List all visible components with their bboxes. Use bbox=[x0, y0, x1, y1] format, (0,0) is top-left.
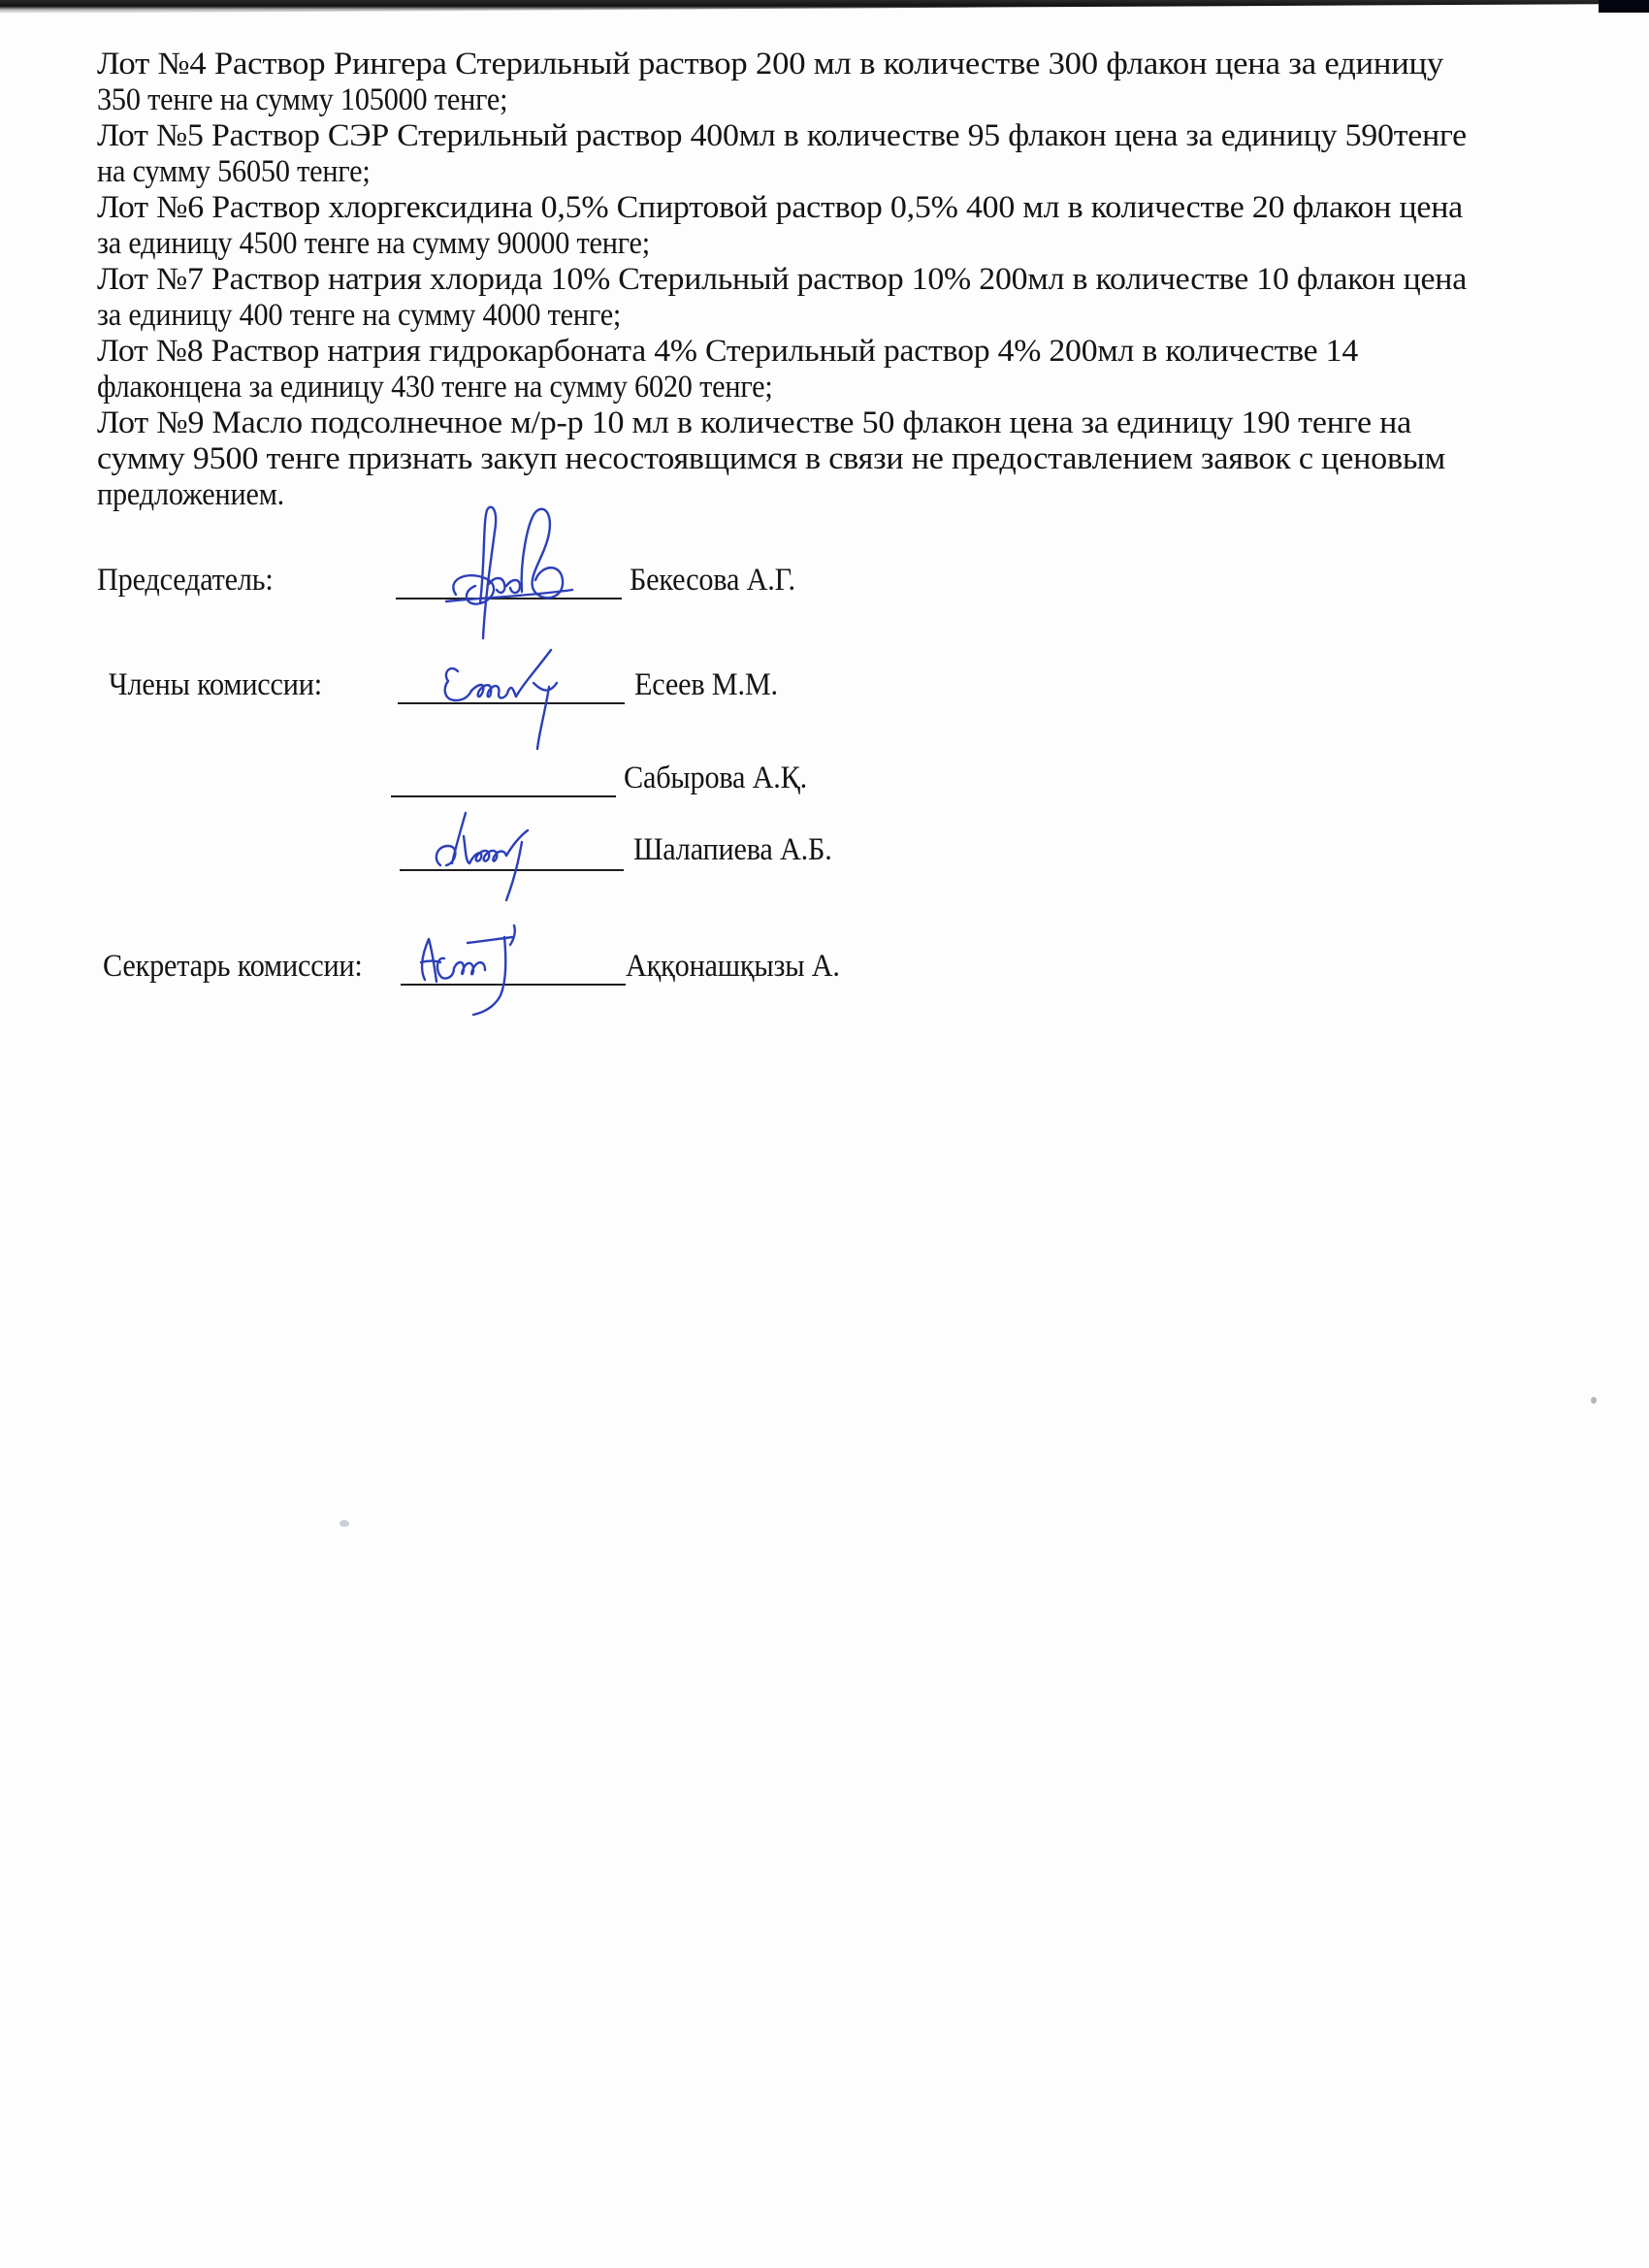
text-line: за единицу 400 тенге на сумму 4000 тенге… bbox=[97, 298, 621, 334]
scan-speck bbox=[339, 1520, 349, 1527]
text-line: за единицу 4500 тенге на сумму 90000 тен… bbox=[97, 226, 650, 262]
secretary-signature-row: Секретарь комиссии: Аққонашқызы А. bbox=[0, 947, 873, 986]
member-signature-row: Сабырова А.Қ. bbox=[0, 759, 873, 797]
chairman-signature-row: Председатель: Бекесова А.Г. bbox=[0, 561, 873, 599]
text-line: Лот №4 Раствор Рингера Стерильный раство… bbox=[97, 47, 1443, 82]
chairman-signature bbox=[427, 502, 621, 648]
chairman-label: Председатель: bbox=[97, 561, 274, 599]
member-signature-eseev bbox=[436, 644, 611, 751]
secretary-label: Секретарь комиссии: bbox=[103, 947, 363, 986]
text-line: Лот №7 Раствор натрия хлорида 10% Стерил… bbox=[97, 262, 1467, 298]
secretary-name: Аққонашқызы А. bbox=[626, 947, 840, 986]
members-label: Члены комиссии: bbox=[109, 665, 322, 704]
text-line: Лот №8 Раствор натрия гидрокарбоната 4% … bbox=[97, 334, 1358, 370]
member-signature-row: Шалапиева А.Б. bbox=[0, 830, 873, 869]
text-line: Лот №6 Раствор хлоргексидина 0,5% Спирто… bbox=[97, 190, 1463, 226]
text-line: Лот №9 Масло подсолнечное м/р-р 10 мл в … bbox=[97, 405, 1411, 441]
signature-line bbox=[391, 795, 616, 797]
text-line: на сумму 56050 тенге; bbox=[97, 154, 371, 190]
secretary-signature bbox=[405, 920, 580, 1026]
member-name: Есеев М.М. bbox=[634, 665, 778, 704]
scan-edge-top bbox=[0, 0, 1600, 14]
text-line: флаконцена за единицу 430 тенге на сумму… bbox=[97, 370, 773, 405]
scan-speck bbox=[1591, 1397, 1597, 1404]
member-name: Сабырова А.Қ. bbox=[624, 759, 807, 797]
text-line: предложением. bbox=[97, 477, 284, 513]
member-name: Шалапиева А.Б. bbox=[633, 830, 832, 869]
member-signature-shalapieva bbox=[427, 807, 582, 904]
member-signature-row: Члены комиссии: Есеев М.М. bbox=[0, 665, 873, 704]
text-line: сумму 9500 тенге признать закуп несостоя… bbox=[97, 441, 1445, 477]
text-line: 350 тенге на сумму 105000 тенге; bbox=[97, 82, 507, 118]
scan-corner-mark bbox=[1599, 0, 1649, 13]
chairman-name: Бекесова А.Г. bbox=[630, 561, 795, 599]
text-line: Лот №5 Раствор СЭР Стерильный раствор 40… bbox=[97, 118, 1467, 154]
document-body: Лот №4 Раствор Рингера Стерильный раство… bbox=[97, 47, 1571, 513]
